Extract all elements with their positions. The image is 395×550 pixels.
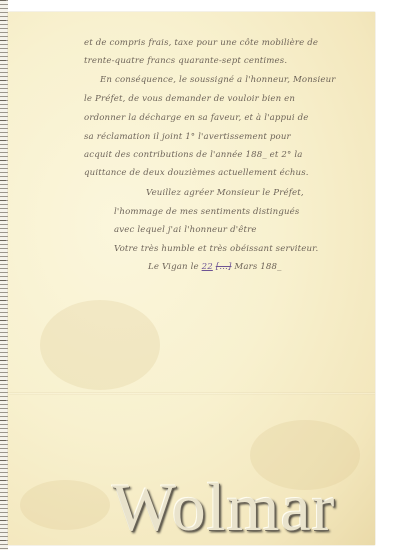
paper-stain (20, 480, 110, 530)
letter-line: quittance de deux douzièmes actuellement… (84, 168, 309, 178)
letter-line: et de compris frais, taxe pour une côte … (84, 38, 318, 48)
closing-line: avec lequel j'ai l'honneur d'être (114, 225, 257, 235)
watermark: Wolmar (112, 468, 335, 547)
closing-line: l'hommage de mes sentiments distingués (114, 207, 299, 217)
letter-line: sa réclamation il joint 1° l'avertisseme… (84, 132, 291, 142)
dateline-day: 22 (202, 262, 213, 272)
dateline-place: Le Vigan le (148, 262, 199, 272)
scale-ruler-major-ticks (0, 0, 6, 550)
paper-stain (40, 300, 160, 390)
dateline-month-year: Mars 188_ (234, 262, 281, 272)
letter-line: le Préfet, de vous demander de vouloir b… (84, 94, 295, 104)
closing-line: Votre très humble et très obéissant serv… (114, 244, 318, 254)
letter-line: ordonner la décharge en sa faveur, et à … (84, 113, 309, 123)
letter-line: trente-quatre francs quarante-sept centi… (84, 56, 287, 66)
dateline: Le Vigan le 22 […] Mars 188_ (148, 262, 282, 272)
paper-fold (8, 392, 375, 395)
dateline-struck: […] (216, 262, 232, 272)
letter-line: acquit des contributions de l'année 188_… (84, 150, 303, 160)
letter-line: En conséquence, le soussigné a l'honneur… (100, 75, 336, 85)
closing-line: Veuillez agréer Monsieur le Préfet, (146, 188, 304, 198)
